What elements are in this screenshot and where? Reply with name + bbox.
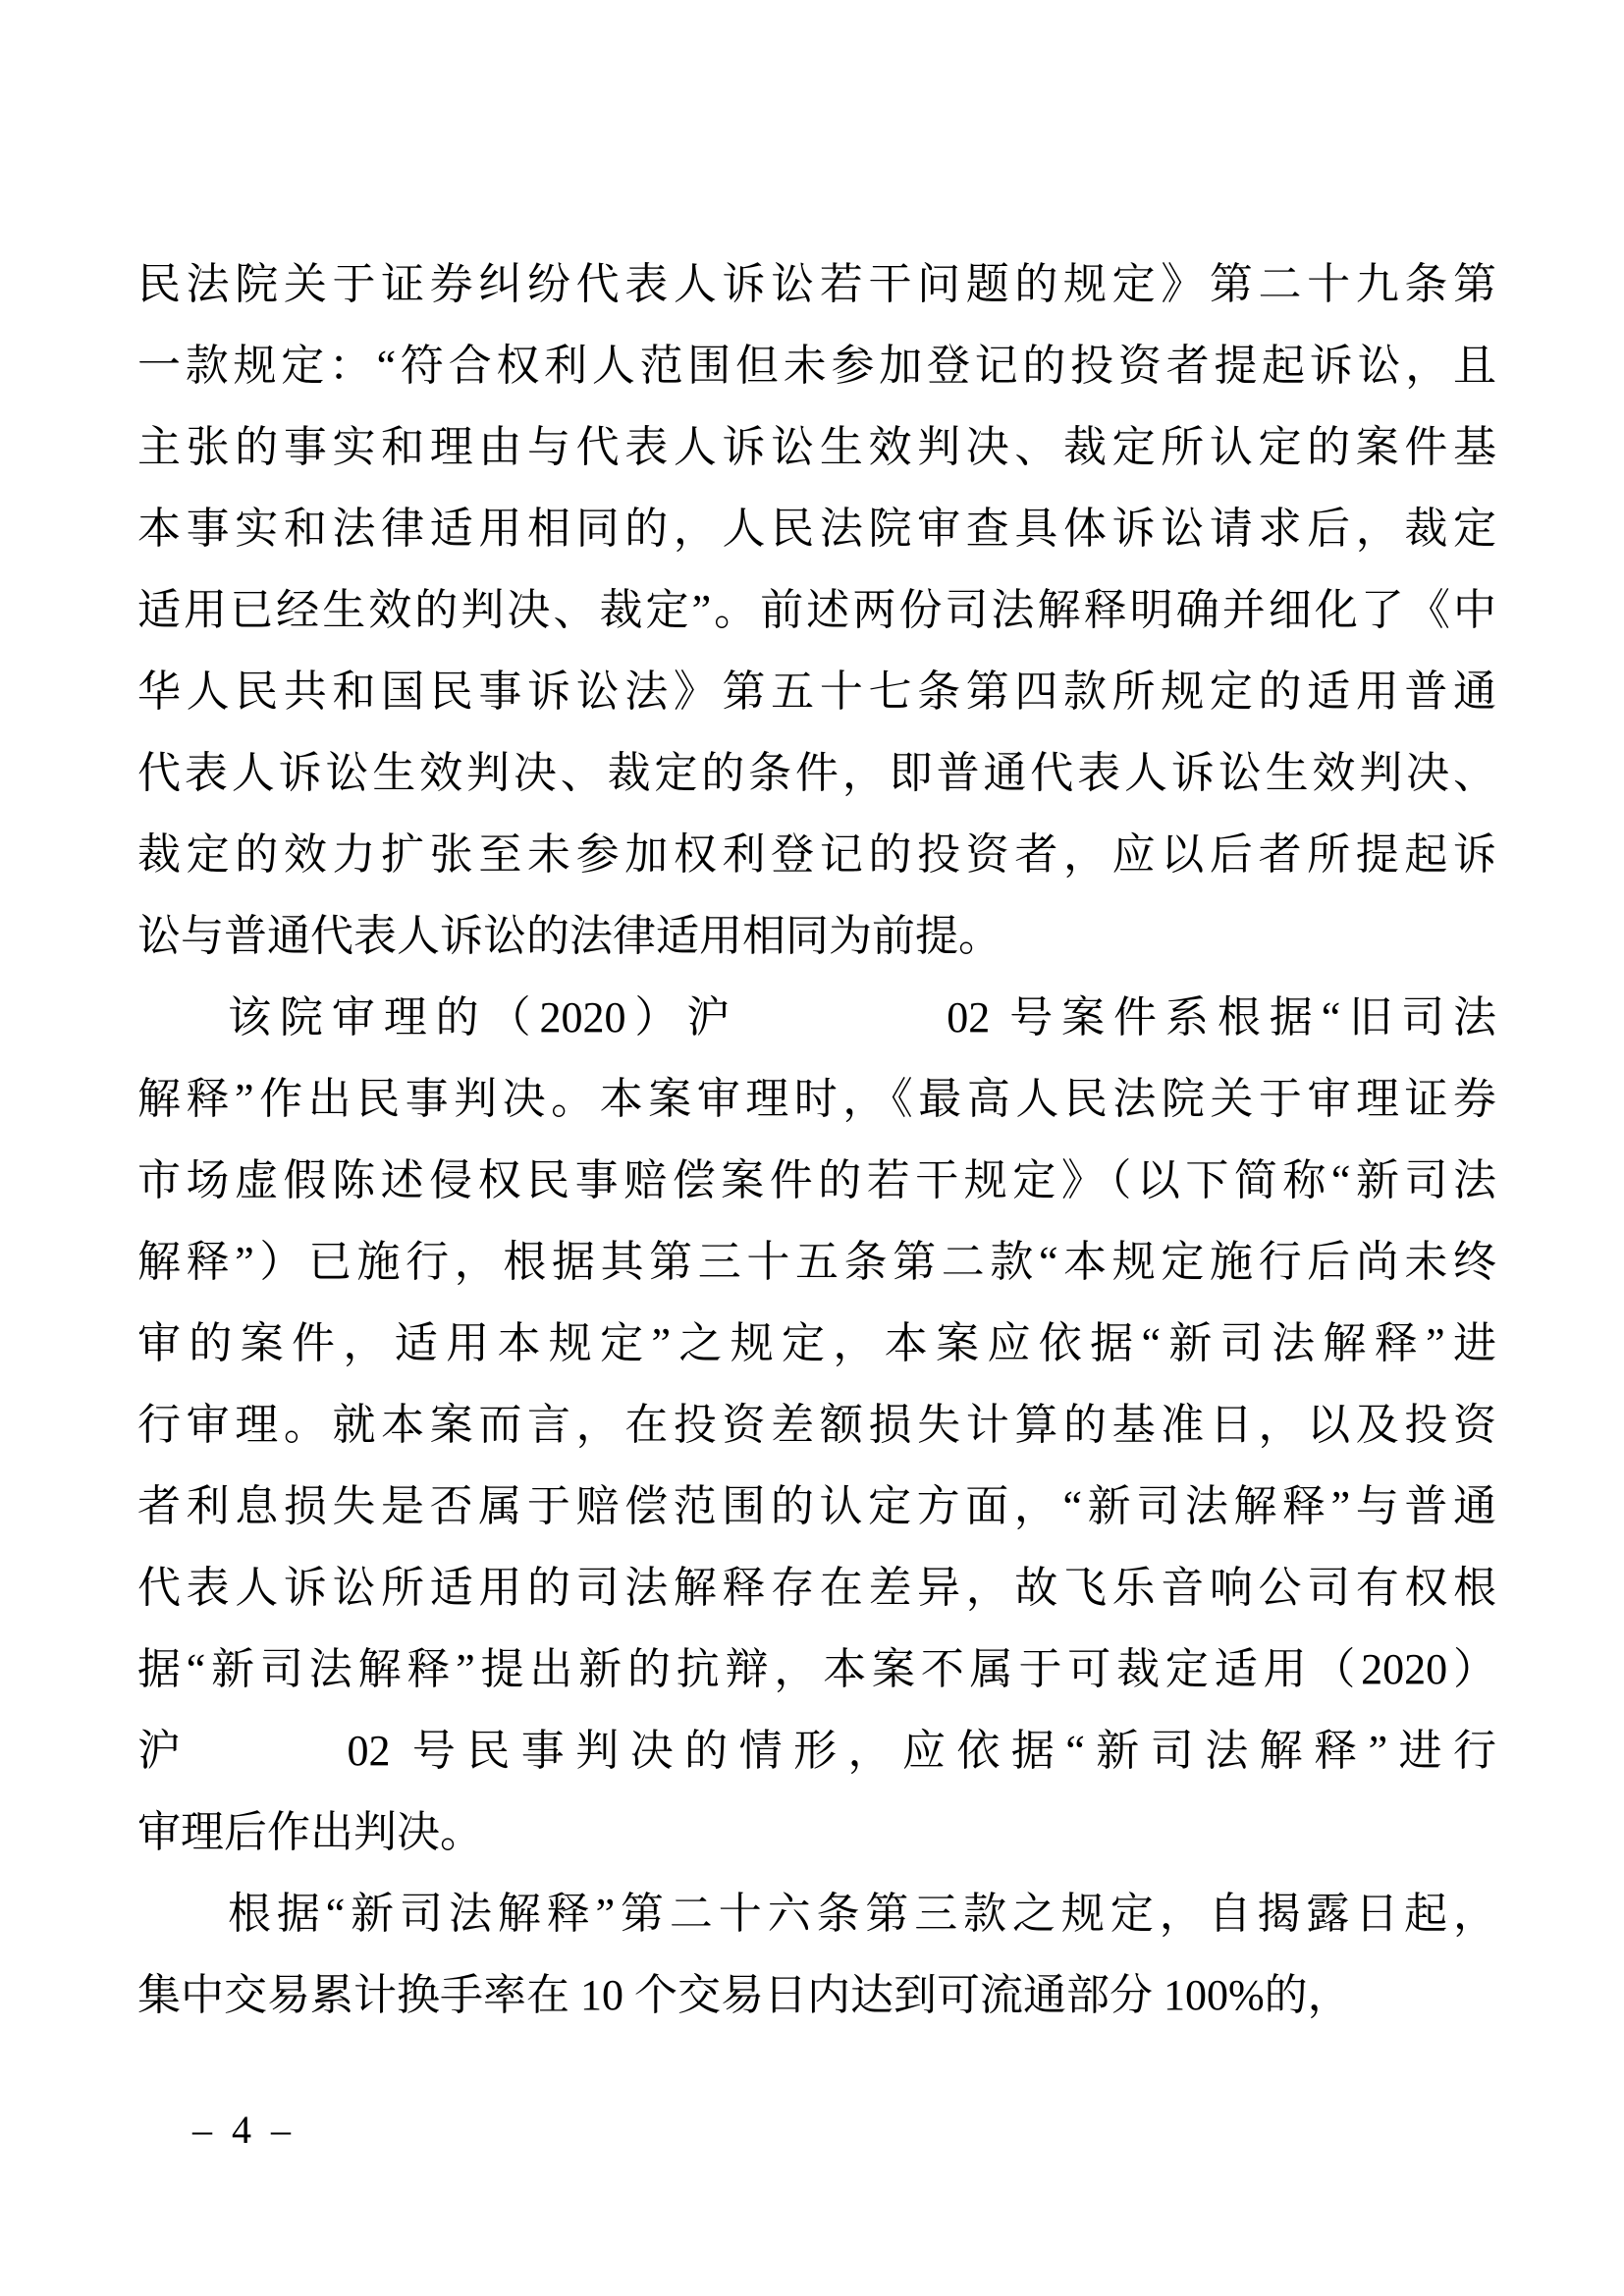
text-line: 适用已经生效的判决、裁定”。前述两份司法解释明确并细化了《中 (137, 569, 1496, 651)
text-line: 解释”作出民事判决。本案审理时，《最高人民法院关于审理证券 (137, 1058, 1496, 1140)
text-line: 主张的事实和理由与代表人诉讼生效判决、裁定所认定的案件基 (137, 406, 1496, 488)
text-segment: 该院审理的（2020）沪 (228, 993, 738, 1041)
text-line: 本事实和法律适用相同的，人民法院审查具体诉讼请求后，裁定 (137, 488, 1496, 569)
text-line: 据“新司法解释”提出新的抗辩，本案不属于可裁定适用（2020） (137, 1629, 1496, 1710)
text-segment: 沪 (137, 1727, 191, 1775)
text-line: 代表人诉讼生效判决、裁定的条件，即普通代表人诉讼生效判决、 (137, 732, 1496, 814)
document-page: 民法院关于证券纠纷代表人诉讼若干问题的规定》第二十九条第 一款规定：“符合权利人… (0, 0, 1624, 2296)
text-line: 讼与普通代表人诉讼的法律适用相同为前提。 (137, 895, 1496, 977)
text-line: 该院审理的（2020）沪02 号案件系根据“旧司法 (137, 977, 1496, 1058)
redaction-gap (191, 1722, 347, 1765)
text-line: 审的案件，适用本规定”之规定，本案应依据“新司法解释”进 (137, 1303, 1496, 1384)
text-segment: 02 号民事判决的情形，应依据“新司法解释”进行 (347, 1727, 1496, 1775)
page-number: – 4 – (192, 2107, 296, 2153)
text-line: 裁定的效力扩张至未参加权利登记的投资者，应以后者所提起诉 (137, 814, 1496, 895)
redaction-gap (738, 988, 947, 1032)
text-line: 审理后作出判决。 (137, 1791, 1496, 1873)
text-line: 代表人诉讼所适用的司法解释存在差异，故飞乐音响公司有权根 (137, 1547, 1496, 1629)
text-line: 市场虚假陈述侵权民事赔偿案件的若干规定》（以下简称“新司法 (137, 1140, 1496, 1221)
text-line: 一款规定：“符合权利人范围但未参加登记的投资者提起诉讼，且 (137, 325, 1496, 406)
text-line: 根据“新司法解释”第二十六条第三款之规定，自揭露日起， (137, 1873, 1496, 1954)
text-line: 民法院关于证券纠纷代表人诉讼若干问题的规定》第二十九条第 (137, 243, 1496, 325)
document-body: 民法院关于证券纠纷代表人诉讼若干问题的规定》第二十九条第 一款规定：“符合权利人… (137, 243, 1496, 2036)
text-segment: 02 号案件系根据“旧司法 (947, 993, 1496, 1041)
text-line: 华人民共和国民事诉讼法》第五十七条第四款所规定的适用普通 (137, 651, 1496, 732)
text-line: 集中交易累计换手率在 10 个交易日内达到可流通部分 100%的， (137, 1954, 1496, 2036)
text-line: 行审理。就本案而言，在投资差额损失计算的基准日，以及投资 (137, 1384, 1496, 1466)
text-line: 者利息损失是否属于赔偿范围的认定方面，“新司法解释”与普通 (137, 1466, 1496, 1547)
text-line: 沪02 号民事判决的情形，应依据“新司法解释”进行 (137, 1710, 1496, 1791)
text-line: 解释”）已施行，根据其第三十五条第二款“本规定施行后尚未终 (137, 1221, 1496, 1303)
